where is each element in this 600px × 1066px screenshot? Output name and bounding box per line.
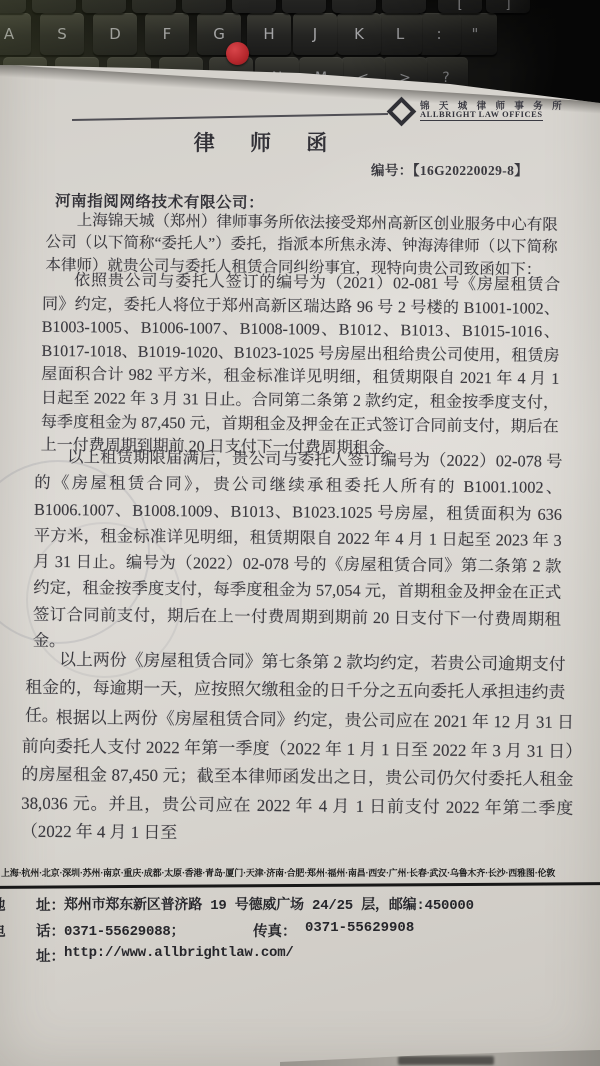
fax-label: 传真： <box>253 920 297 941</box>
keyboard-key <box>82 0 126 13</box>
keyboard-key: S <box>40 13 84 55</box>
phone-value: 0371-55629088； <box>64 920 184 940</box>
letter-paper: 锦 天 城 律 师 事 务 所 ALLBRIGHT LAW OFFICES 律 … <box>0 0 600 1066</box>
web-value: http://www.allbrightlaw.com/ <box>64 945 294 961</box>
keyboard-key: H <box>247 13 291 55</box>
keyboard-key: K <box>337 13 381 55</box>
keyboard-key: J <box>293 13 337 55</box>
bottom-edge-object <box>398 1056 494 1065</box>
address-label-cut: 地 <box>0 894 6 915</box>
address-value: 郑州市郑东新区普济路 19 号德威广场 24/25 层，邮编:450000 <box>64 894 474 914</box>
web-label: 址： <box>36 945 65 966</box>
keyboard-key <box>132 0 176 13</box>
keyboard-key: F <box>145 13 189 55</box>
keyboard-key: : <box>417 13 461 55</box>
photo-document-on-keyboard: ?><MNBVCXZ":LKJHGFDSA][ 锦 天 城 律 师 事 务 所 … <box>0 0 600 1066</box>
letter-body: 河南指阅网络技术有限公司： 上海锦天城（郑州）律师事务所依法接受郑州高新区创业服… <box>0 0 600 905</box>
address-label: 址： <box>36 894 65 915</box>
desk-edge-bottom <box>280 1050 600 1066</box>
keyboard-key <box>232 0 276 13</box>
trackpoint-nub <box>226 42 249 65</box>
keyboard-key: D <box>93 13 137 55</box>
phone-label-cut: 电 <box>0 920 6 941</box>
fax-value: 0371-55629908 <box>305 920 414 936</box>
keyboard-key: A <box>0 13 31 55</box>
phone-label: 话： <box>36 920 65 941</box>
keyboard-key: L <box>378 13 422 55</box>
paragraph: 根据以上两份《房屋租赁合同》约定，贵公司应在 2021 年 12 月 31 日前… <box>21 704 574 852</box>
keyboard-key <box>332 0 376 13</box>
branch-cities-line: 上海·杭州·北京·深圳·苏州·南京·重庆·成都·太原·香港·青岛·厦门·天津·济… <box>1 866 599 879</box>
paragraph: 以上租赁期限届满后，贵公司与委托人签订编号为（2022）02-078 号的《房屋… <box>33 444 563 659</box>
keyboard-key <box>0 0 26 13</box>
keyboard-key <box>382 0 426 13</box>
keyboard-key <box>32 0 76 13</box>
keyboard-key: [ <box>438 0 482 13</box>
paragraph: 依照贵公司与委托人签订的编号为（2021）02-081 号《房屋租赁合同》约定，… <box>41 269 561 463</box>
keyboard-key <box>282 0 326 13</box>
keyboard-key <box>182 0 226 13</box>
